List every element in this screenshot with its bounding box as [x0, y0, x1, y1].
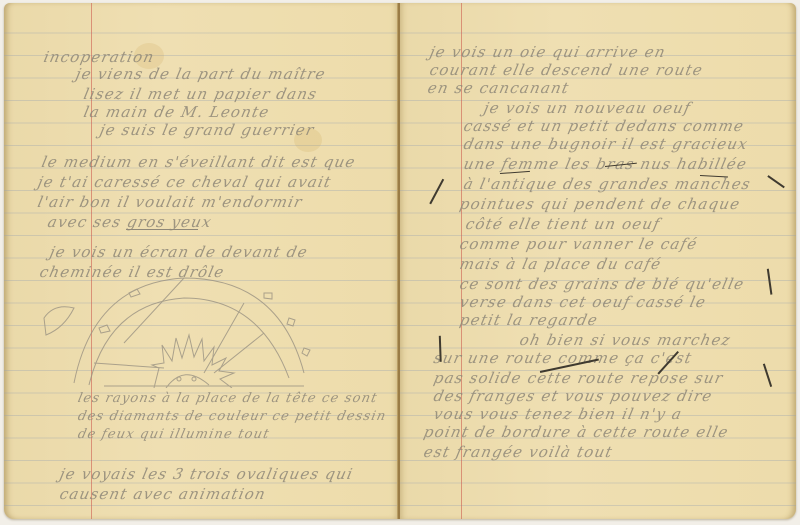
underline-stroke	[126, 229, 198, 230]
handwritten-line: je vois un nouveau oeuf	[482, 99, 693, 117]
handwritten-line: de feux qui illumine tout	[76, 427, 271, 442]
handwritten-line: je viens de la part du maître	[74, 65, 328, 83]
handwritten-line: côté elle tient un oeuf	[464, 215, 662, 233]
handwritten-line: point de bordure à cette route elle	[422, 423, 730, 441]
handwritten-line: pas solide cette route repose sur	[432, 369, 725, 387]
handwritten-line: sur une route comme ça c'est	[432, 349, 694, 367]
notebook-spread: incoperation je viens de la part du maît…	[4, 3, 796, 519]
handwritten-line: à l'antique des grandes manches	[462, 175, 753, 193]
handwritten-line: l'air bon il voulait m'endormir	[36, 193, 304, 211]
handwritten-line: je vois un oie qui arrive en	[428, 43, 668, 61]
handwritten-line: le medium en s'éveillant dit est que	[40, 153, 357, 171]
handwritten-line: la main de M. Leonte	[82, 103, 271, 121]
handwritten-line: des diamants de couleur ce petit dessin	[76, 409, 387, 424]
handwritten-line: je voyais les 3 trois ovaliques qui	[58, 465, 355, 483]
handwritten-line: je suis le grand guerrier	[98, 121, 316, 139]
handwritten-line: vous vous tenez bien il n'y a	[432, 405, 684, 423]
handwritten-line: lisez il met un papier dans	[82, 85, 319, 103]
handwritten-line: ce sont des grains de blé qu'elle	[458, 275, 746, 293]
handwritten-line: petit la regarde	[458, 311, 600, 329]
handwritten-line: une femme les bras nus habillée	[462, 155, 749, 173]
handwritten-line: oh bien si vous marchez	[518, 331, 733, 349]
handwritten-line: je t'ai caressé ce cheval qui avait	[36, 173, 333, 191]
handwritten-line: incoperation	[42, 48, 156, 66]
handwritten-line: causent avec animation	[58, 485, 268, 503]
left-page-text: incoperation je viens de la part du maît…	[4, 3, 398, 519]
handwritten-line: comme pour vanner le café	[458, 235, 699, 253]
handwritten-line: des franges et vous pouvez dire	[432, 387, 714, 405]
handwritten-line: verse dans cet oeuf cassé le	[458, 293, 708, 311]
right-page: je vois un oie qui arrive en courant ell…	[400, 3, 796, 519]
handwritten-line: cassé et un petit dedans comme	[462, 117, 746, 135]
right-page-text: je vois un oie qui arrive en courant ell…	[400, 3, 796, 519]
handwritten-line: courant elle descend une route	[428, 61, 705, 79]
handwritten-line: je vois un écran de devant de	[48, 243, 310, 261]
handwritten-line: pointues qui pendent de chaque	[458, 195, 742, 213]
handwritten-line: en se cancanant	[426, 79, 571, 97]
handwritten-line: dans une bugnoir il est gracieux	[462, 135, 750, 153]
handwritten-line: mais à la place du café	[458, 255, 663, 273]
handwritten-line: est frangée voilà tout	[422, 443, 615, 461]
sun-drawing-icon	[34, 273, 334, 388]
handwritten-line: les rayons à la place de la tête ce sont	[76, 391, 379, 406]
left-page: incoperation je viens de la part du maît…	[4, 3, 398, 519]
